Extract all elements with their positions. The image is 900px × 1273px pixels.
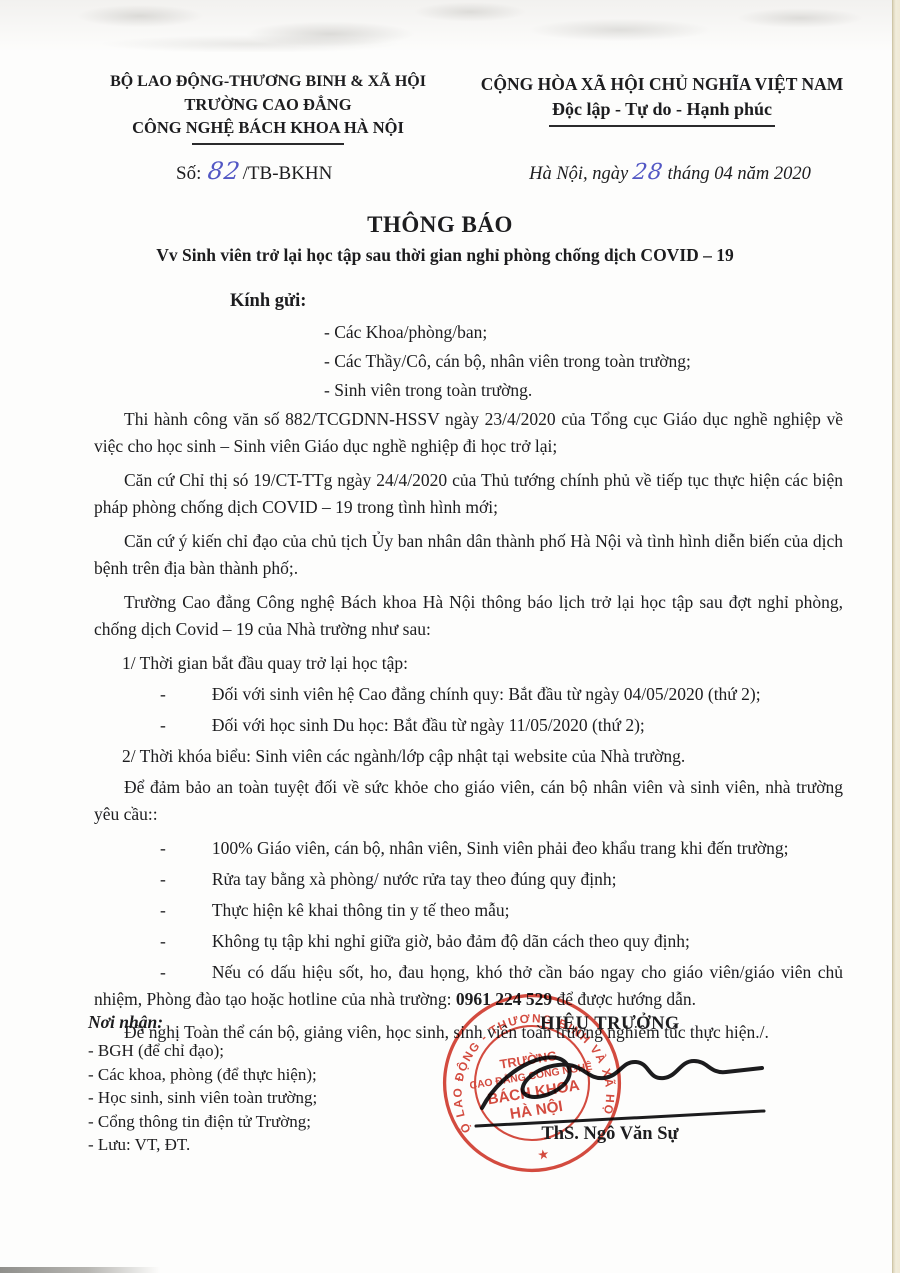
handwritten-day: 28: [631, 160, 665, 185]
schedule-item-text: Đối với sinh viên hệ Cao đẳng chính quy:…: [212, 684, 761, 704]
safety-item-text: Không tụ tập khi nghỉ giữa giờ, bảo đảm …: [212, 931, 690, 951]
signature-scrawl: [482, 1057, 762, 1108]
paragraph-announcement: Trường Cao đẳng Công nghệ Bách khoa Hà N…: [94, 589, 843, 643]
recipient-item: - Sinh viên trong toàn trường.: [324, 376, 691, 405]
scanned-document-page: BỘ LAO ĐỘNG-THƯƠNG BINH & XÃ HỘI TRƯỜNG …: [0, 0, 900, 1273]
safety-item-text: Thực hiện kê khai thông tin y tế theo mẫ…: [212, 900, 510, 920]
safety-item-distancing: -Không tụ tập khi nghỉ giữa giờ, bảo đảm…: [94, 928, 843, 955]
distribution-item: - Cổng thông tin điện tử Trường;: [88, 1110, 317, 1134]
safety-item-declaration: -Thực hiện kê khai thông tin y tế theo m…: [94, 897, 843, 924]
distribution-item: - Học sinh, sinh viên toàn trường;: [88, 1086, 317, 1110]
school-name-line1: TRƯỜNG CAO ĐẲNG: [84, 93, 452, 116]
dash-marker: -: [160, 684, 166, 704]
paragraph-legal-basis-3: Căn cứ ý kiến chỉ đạo của chủ tịch Ủy ba…: [94, 528, 843, 582]
dash-marker: -: [160, 715, 166, 735]
motto-underline: [549, 125, 775, 127]
national-motto-block: CỘNG HÒA XÃ HỘI CHỦ NGHĨA VIỆT NAM Độc l…: [452, 72, 872, 127]
doc-number-suffix: /TB-BKHN: [243, 163, 333, 184]
paragraph-legal-basis-1: Thi hành công văn số 882/TCGDNN-HSSV ngà…: [94, 406, 843, 460]
recipient-list: - Các Khoa/phòng/ban; - Các Thầy/Cô, cán…: [324, 318, 691, 405]
section-1-heading: 1/ Thời gian bắt đầu quay trở lại học tậ…: [94, 650, 843, 677]
dash-marker: -: [160, 869, 166, 889]
paragraph-legal-basis-2: Căn cứ Chỉ thị só 19/CT-TTg ngày 24/4/20…: [94, 467, 843, 521]
document-subject: Vv Sinh viên trở lại học tập sau thời gi…: [0, 245, 890, 266]
distribution-item: - BGH (để chỉ đạo);: [88, 1039, 317, 1063]
schedule-item-text: Đối với học sinh Du học: Bắt đầu từ ngày…: [212, 715, 645, 735]
schedule-item-regular: -Đối với sinh viên hệ Cao đẳng chính quy…: [94, 681, 843, 708]
stamp-star-icon: ★: [536, 1146, 550, 1163]
distribution-block: Nơi nhận: - BGH (để chỉ đạo); - Các khoa…: [88, 1012, 317, 1157]
salutation-label: Kính gửi:: [230, 291, 306, 312]
dateline-pre: Hà Nội, ngày: [529, 164, 628, 184]
scan-artifact-bottom-left: [0, 1267, 160, 1273]
dash-marker: -: [160, 838, 166, 858]
safety-item-handwash: -Rửa tay bằng xà phòng/ nước rửa tay the…: [94, 866, 843, 893]
org-underline: [192, 143, 344, 145]
place-date-line: Hà Nội, ngày 28 tháng 04 năm 2020: [470, 160, 870, 185]
distribution-label: Nơi nhận:: [88, 1012, 317, 1033]
school-name-line2: CÔNG NGHỆ BÁCH KHOA HÀ NỘI: [84, 116, 452, 139]
recipient-item: - Các Thầy/Cô, cán bộ, nhân viên trong t…: [324, 347, 691, 376]
handwritten-doc-number: 82: [206, 157, 242, 185]
issuing-org-block: BỘ LAO ĐỘNG-THƯƠNG BINH & XÃ HỘI TRƯỜNG …: [84, 70, 452, 145]
dateline-post: tháng 04 năm 2020: [668, 164, 811, 184]
document-title: THÔNG BÁO: [0, 212, 880, 238]
republic-name: CỘNG HÒA XÃ HỘI CHỦ NGHĨA VIỆT NAM: [452, 72, 872, 96]
scan-artifact-top: [0, 0, 900, 52]
document-body: Thi hành công văn số 882/TCGDNN-HSSV ngà…: [0, 406, 900, 1053]
safety-item-masks: -100% Giáo viên, cán bộ, nhân viên, Sinh…: [94, 835, 843, 862]
signer-name: ThS. Ngô Văn Sự: [455, 1124, 765, 1145]
section-2-heading: 2/ Thời khóa biểu: Sinh viên các ngành/l…: [94, 743, 843, 770]
distribution-item: - Lưu: VT, ĐT.: [88, 1133, 317, 1157]
dash-marker: -: [160, 900, 166, 920]
safety-item-text: 100% Giáo viên, cán bộ, nhân viên, Sinh …: [212, 838, 789, 858]
signer-title: HIỆU TRƯỞNG: [455, 1014, 765, 1035]
ministry-name: BỘ LAO ĐỘNG-THƯƠNG BINH & XÃ HỘI: [84, 70, 452, 93]
motto: Độc lập - Tự do - Hạnh phúc: [452, 96, 872, 122]
paragraph-safety-intro: Để đảm bảo an toàn tuyệt đối về sức khỏe…: [94, 774, 843, 828]
signature-ink: [462, 1028, 778, 1138]
document-number: Số: 82/TB-BKHN: [176, 157, 332, 185]
doc-number-label: Số:: [176, 163, 201, 184]
dash-marker: -: [160, 931, 166, 951]
safety-item-text: Rửa tay bằng xà phòng/ nước rửa tay theo…: [212, 869, 617, 889]
distribution-item: - Các khoa, phòng (để thực hiện);: [88, 1063, 317, 1087]
recipient-item: - Các Khoa/phòng/ban;: [324, 318, 691, 347]
schedule-item-abroad: -Đối với học sinh Du học: Bắt đầu từ ngà…: [94, 712, 843, 739]
dash-marker: -: [160, 962, 166, 982]
